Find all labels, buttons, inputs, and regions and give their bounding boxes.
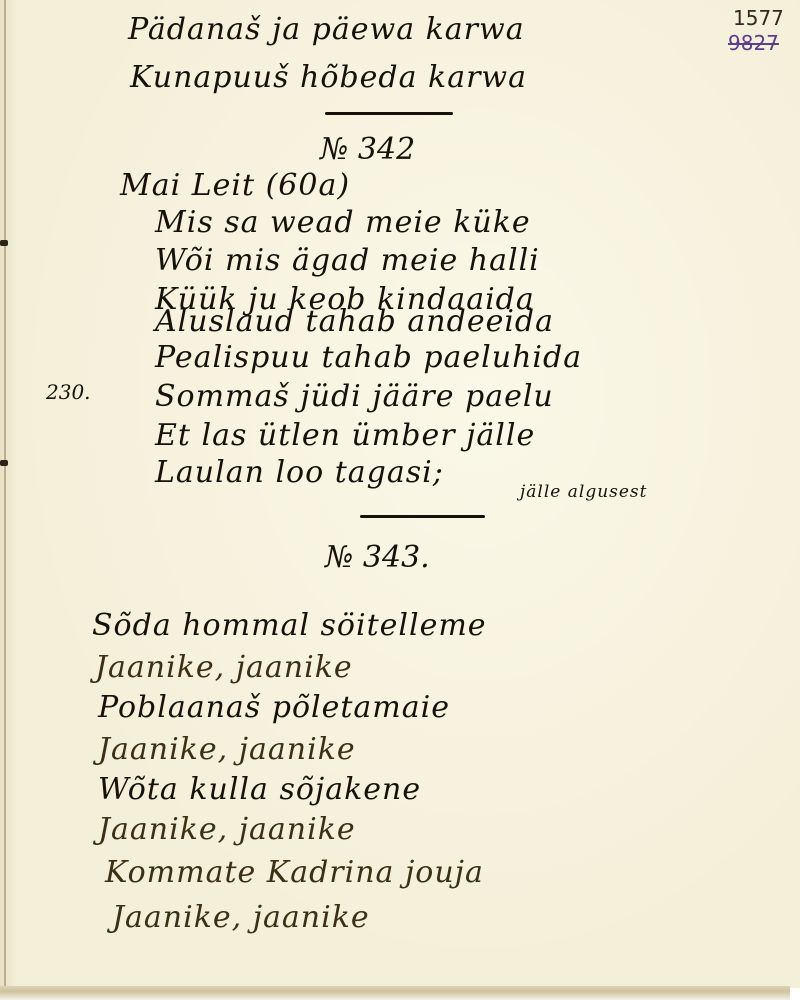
verse-line: Mis sa wead meie küke [155, 205, 531, 240]
verse-line: Kommate Kadrina jouja [105, 855, 484, 890]
verse-line: Jaanike, jaanike [95, 650, 353, 685]
heading-line-1: Pädanaš ja päewa karwa [128, 12, 525, 47]
verse-line: Laulan loo tagasi; [155, 455, 444, 490]
singer-name: Mai Leit (60a) [120, 168, 350, 203]
manuscript-page: 1577 9827 Pädanaš ja päewa karwa Kunapuu… [0, 0, 800, 988]
binding-stitch-mark [0, 240, 8, 246]
verse-line: Sõda hommal söitelleme [92, 608, 487, 643]
archive-number-struck: 9827 [728, 31, 779, 55]
verse-line: Wõta kulla sõjakene [98, 772, 421, 807]
song-number-343: № 343. [325, 540, 430, 575]
verse-line: Poblaanaš põletamaie [98, 690, 450, 725]
archive-number: 1577 [733, 6, 784, 30]
verse-line: Jaanike, jaanike [98, 812, 356, 847]
binding-stitch-mark [0, 460, 8, 466]
verse-line: Wõi mis ägad meie halli [155, 243, 540, 278]
margin-number: 230. [46, 380, 91, 404]
verse-line: Sommaš jüdi jääre paelu [155, 379, 554, 414]
page-bottom-edge [0, 986, 790, 1000]
heading-line-2: Kunapuuš hõbeda karwa [130, 60, 527, 95]
verse-annotation: jälle algusest [520, 482, 648, 502]
section-divider [325, 112, 453, 115]
binding-line [4, 0, 6, 988]
verse-line: Et las ütlen ümber jälle [155, 418, 535, 453]
section-divider [360, 515, 485, 518]
song-number-342: № 342 [320, 132, 415, 167]
verse-line: Jaanike, jaanike [112, 900, 370, 935]
verse-line: Jaanike, jaanike [98, 732, 356, 767]
verse-line: Aluslaud tahab andeeida [155, 304, 554, 339]
verse-line: Pealispuu tahab paeluhida [155, 340, 582, 375]
